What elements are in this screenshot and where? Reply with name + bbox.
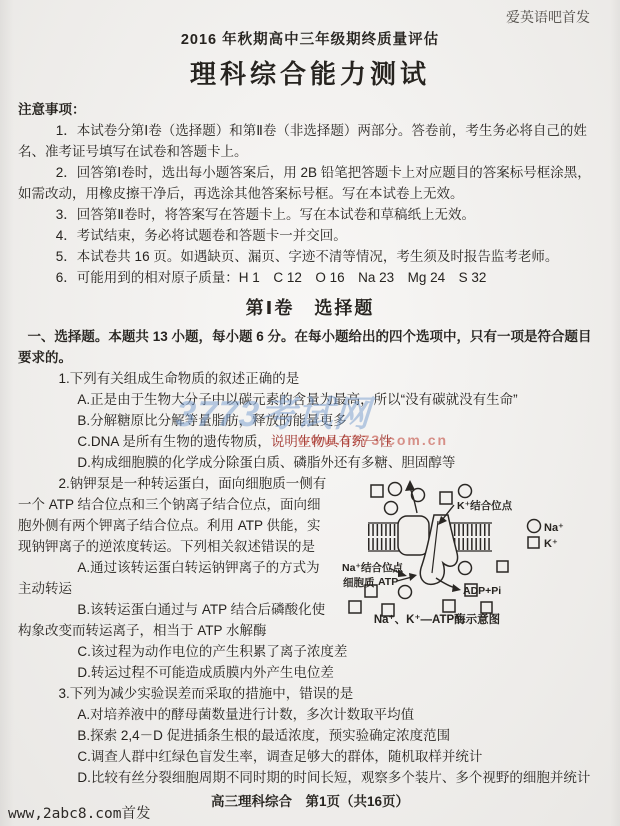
notice-item-5: 5．本试卷共 16 页。如遇缺页、漏页、字迹不清等情况，考生须及时报告监考老师。	[18, 246, 602, 267]
watermark-top-right: 爱英语吧首发	[506, 7, 590, 27]
na-ion-icon	[385, 502, 398, 515]
na-site-label: Na⁺结合位点	[342, 561, 403, 574]
exam-title: 理科综合能力测试	[18, 57, 602, 91]
notice-item-4: 4．考试结束，务必将试题卷和答题卡一并交回。	[18, 225, 602, 246]
section-1-heading: 第Ⅰ卷 选择题	[18, 295, 602, 321]
figure-caption: Na⁺、K⁺—ATP酶示意图	[374, 612, 501, 626]
q3-option-b: B.探索 2,4－D 促进插条生根的最适浓度，预实验确定浓度范围	[18, 725, 602, 746]
exam-session-subtitle: 2016 年秋期高中三年级期终质量评估	[18, 30, 602, 51]
arrowhead-up	[405, 480, 415, 491]
k-ion-icon	[440, 492, 452, 504]
notice-item-6: 6．可能用到的相对原子质量：H 1 C 12 O 16 Na 23 Mg 24 …	[18, 267, 602, 288]
q2-option-c: C.该过程为动作电位的产生积累了离子浓度差	[18, 641, 602, 662]
arrowhead-atp	[409, 573, 417, 581]
legend-k-label: K⁺	[544, 538, 558, 550]
multiple-choice-instructions: 一、选择题。本题共 13 小题，每小题 6 分。在每小题给出的四个选项中，只有一…	[18, 326, 602, 368]
na-k-pump-figure: K⁺结合位点 Na⁺结合位点 细胞质 ATP ADP+Pi Na⁺、K⁺—ATP…	[327, 475, 602, 627]
na-ion-icon	[459, 485, 472, 498]
q2-option-d: D.转运过程不可能造成质膜内外产生电位差	[18, 662, 602, 683]
k-site-label: K⁺结合位点	[457, 499, 513, 512]
notices-section: 注意事项： 1．本试卷分第Ⅰ卷（选择题）和第Ⅱ卷（非选择题）两部分。答卷前，考生…	[18, 99, 602, 288]
cytoplasm-label: 细胞质	[343, 576, 375, 589]
na-ion-icon	[399, 586, 412, 599]
question-1: 1.下列有关组成生命物质的叙述正确的是 A.正是由于生物大分子中以碳元素的含量为…	[18, 368, 602, 473]
question-2: K⁺结合位点 Na⁺结合位点 细胞质 ATP ADP+Pi Na⁺、K⁺—ATP…	[18, 473, 602, 683]
atp-label: ATP	[378, 576, 398, 588]
k-ion-icon	[481, 602, 492, 613]
q1-option-c-red-text: 说明生物具有统一性	[271, 434, 393, 449]
k-ion-icon	[497, 561, 508, 572]
na-ion-icon	[459, 562, 472, 575]
q1-option-b: B.分解糖原比分解等量脂肪，释放的能量更多	[18, 410, 602, 431]
q1-stem: 1.下列有关组成生命物质的叙述正确的是	[18, 368, 602, 389]
notice-item-1: 1．本试卷分第Ⅰ卷（选择题）和第Ⅱ卷（非选择题）两部分。答卷前，考生务必将自己的…	[18, 120, 602, 162]
arrowhead-adp	[452, 584, 461, 592]
k-ion-icon	[349, 601, 361, 613]
legend-na-icon	[528, 520, 541, 533]
notices-heading: 注意事项：	[18, 99, 602, 120]
q1-option-d: D.构成细胞膜的化学成分除蛋白质、磷脂外还有多糖、胆固醇等	[18, 452, 602, 473]
pump-protein	[398, 515, 458, 584]
q3-option-c: C.调查人群中红绿色盲发生率，调查足够大的群体，随机取样并统计	[18, 746, 602, 767]
notice-item-2: 2．回答第Ⅰ卷时，选出每小题答案后，用 2B 铅笔把答题卡上对应题目的答案标号框…	[18, 162, 602, 204]
q1-option-c-text: C.DNA 是所有生物的遗传物质，	[77, 434, 271, 449]
notice-item-3: 3．回答第Ⅱ卷时，将答案写在答题卡上。写在本试卷和草稿纸上无效。	[18, 204, 602, 225]
watermark-bottom-left: www,2abc8.com首发	[8, 802, 151, 823]
na-ion-icon	[389, 483, 402, 496]
k-ion-icon	[443, 600, 455, 612]
legend-na-label: Na⁺	[544, 522, 564, 534]
question-3: 3.下列为减少实验误差而采取的措施中，错误的是 A.对培养液中的酵母菌数量进行计…	[18, 683, 602, 788]
adp-pi-label: ADP+Pi	[463, 585, 501, 597]
q1-option-a: A.正是由于生物大分子中以碳元素的含量为最高，所以“没有碳就没有生命”	[18, 389, 602, 410]
figure-legend: Na⁺ K⁺	[528, 520, 565, 551]
q3-option-d: D.比较有丝分裂细胞周期不同时期的时间长短，观察多个装片、多个视野的细胞并统计	[18, 767, 602, 788]
legend-k-icon	[528, 537, 539, 548]
k-ion-icon	[371, 485, 383, 497]
na-k-pump-diagram: K⁺结合位点 Na⁺结合位点 细胞质 ATP ADP+Pi Na⁺、K⁺—ATP…	[341, 475, 587, 627]
q3-option-a: A.对培养液中的酵母菌数量进行计数，多次计数取平均值	[18, 704, 602, 725]
q1-option-c: C.DNA 是所有生物的遗传物质，说明生物具有统一性	[18, 431, 602, 452]
q3-stem: 3.下列为减少实验误差而采取的措施中，错误的是	[18, 683, 602, 704]
page-content: 2016 年秋期高中三年级期终质量评估 理科综合能力测试 注意事项： 1．本试卷…	[18, 22, 602, 788]
exam-page: 爱英语吧首发 www.3773.com.cn 3773考试网 2016 年秋期高…	[0, 0, 620, 826]
